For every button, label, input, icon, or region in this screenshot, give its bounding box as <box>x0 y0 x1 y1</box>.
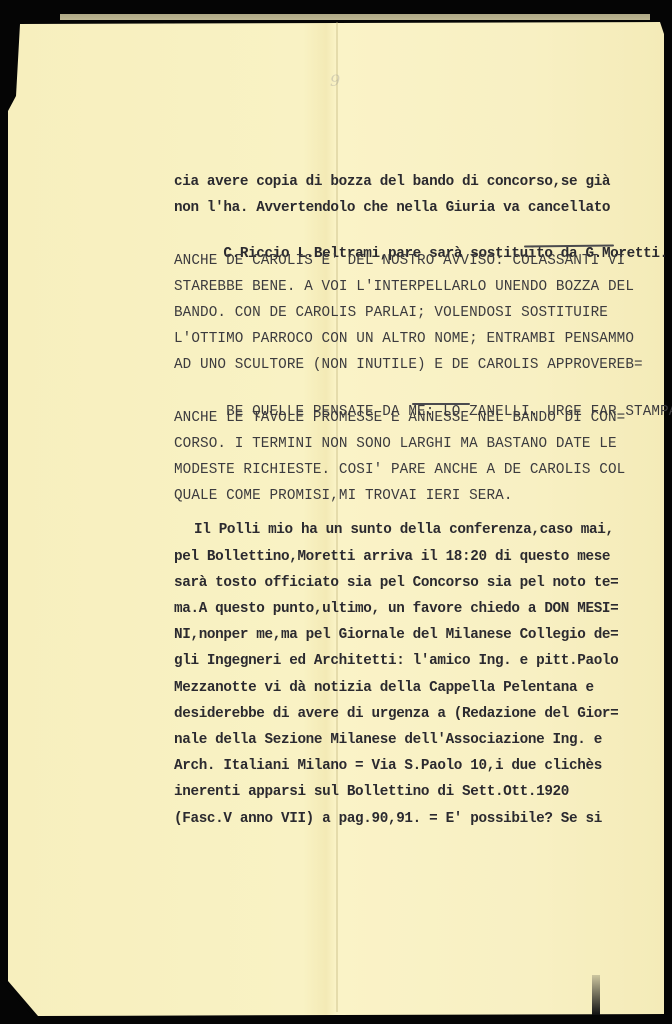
text-line: MODESTE RICHIESTE. COSI' PARE ANCHE A DE… <box>174 460 614 486</box>
paper-top-edge <box>60 14 650 20</box>
text-line: inerenti apparsi sul Bollettino di Sett.… <box>174 782 614 808</box>
text-line: Mezzanotte vi dà notizia della Cappella … <box>174 678 614 704</box>
text-line: BE QUELLE PENSATE DA ME: LO ZANELLI. URG… <box>174 382 614 408</box>
text-line: AD UNO SCULTORE (NON INUTILE) E DE CAROL… <box>174 355 614 381</box>
text-line: desiderebbe di avere di urgenza a (Redaz… <box>174 704 614 730</box>
text-line: NI,nonper me,ma pel Giornale del Milanes… <box>174 625 614 651</box>
text-line: ANCHE LE TAVOLE PROMESSE E ANNESSE NEL B… <box>174 408 614 434</box>
text-line: CORSO. I TERMINI NON SONO LARGHI MA BAST… <box>174 434 614 460</box>
typewritten-body: cia avere copia di bozza del bando di co… <box>174 172 614 835</box>
text-line: non l'ha. Avvertendolo che nella Giuria … <box>174 198 614 224</box>
text-line: cia avere copia di bozza del bando di co… <box>174 172 614 198</box>
pencil-annotation: 9 <box>330 70 340 92</box>
text-line: sarà tosto officiato sia pel Concorso si… <box>174 573 614 599</box>
text-line: ANCHE DE CAROLIS E' DEL NOSTRO AVVISO: C… <box>174 251 614 277</box>
text-line: Arch. Italiani Milano = Via S.Paolo 10,i… <box>174 756 614 782</box>
text-line: BANDO. CON DE CAROLIS PARLAI; VOLENDOSI … <box>174 303 614 329</box>
text-line: gli Ingegneri ed Architetti: l'amico Ing… <box>174 651 614 677</box>
text-line: nale della Sezione Milanese dell'Associa… <box>174 730 614 756</box>
text-line: C.Riccio L.Beltrami,pare sarà sostituito… <box>174 224 614 250</box>
text-line: STAREBBE BENE. A VOI L'INTERPELLARLO UNE… <box>174 277 614 303</box>
underline-mark-zanelli <box>412 403 470 405</box>
text-line: (Fasc.V anno VII) a pag.90,91. = E' poss… <box>174 809 614 835</box>
text-line: ma.A questo punto,ultimo, un favore chie… <box>174 599 614 625</box>
text-line: Il Polli mio ha un sunto della conferenz… <box>174 520 614 546</box>
ink-stroke-mark <box>592 975 600 1015</box>
paragraph-gap <box>174 512 614 520</box>
text-line: QUALE COME PROMISI,MI TROVAI IERI SERA. <box>174 486 614 512</box>
text-line: pel Bollettino,Moretti arriva il 18:20 d… <box>174 547 614 573</box>
text-line: L'OTTIMO PARROCO CON UN ALTRO NOME; ENTR… <box>174 329 614 355</box>
document-scan: 9 cia avere copia di bozza del bando di … <box>0 0 672 1024</box>
